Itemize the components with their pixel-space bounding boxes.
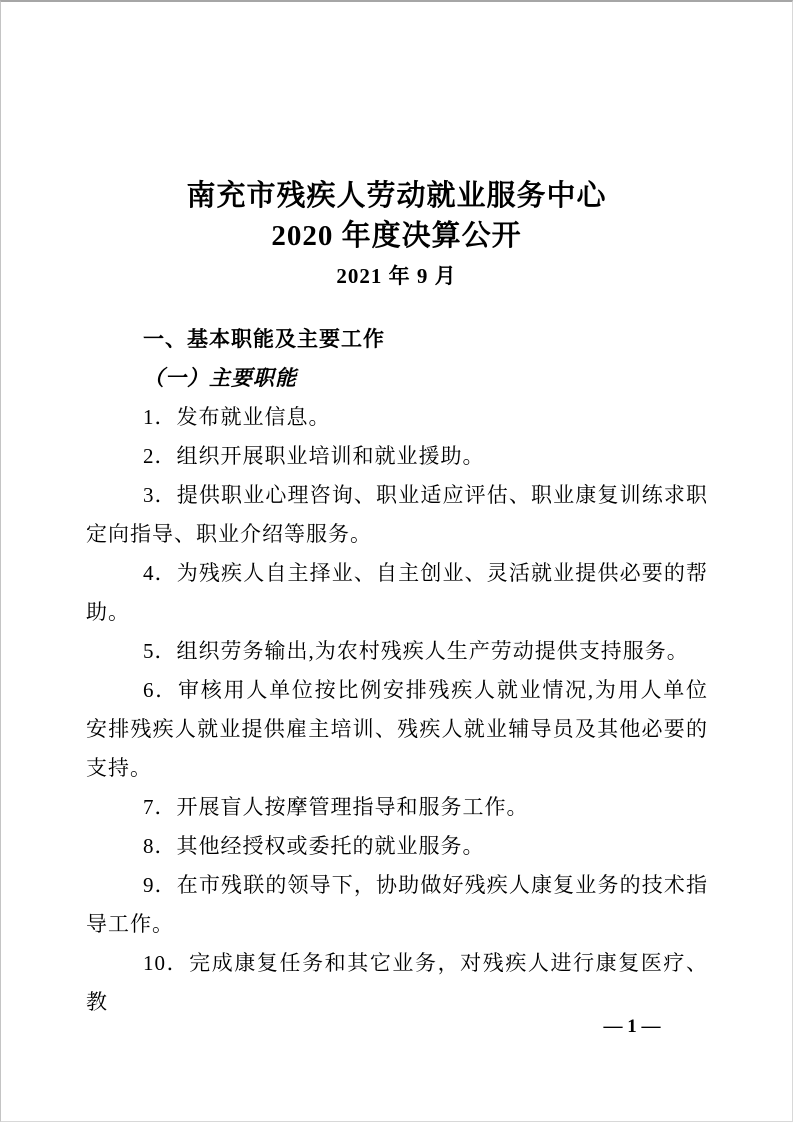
body-paragraph: 2．组织开展职业培训和就业援助。 [86,437,708,476]
document-title-line2: 2020 年度决算公开 [1,216,792,256]
body-paragraph: 5．组织劳务输出,为农村残疾人生产劳动提供支持服务。 [86,632,708,671]
body-paragraph: 9．在市残联的领导下，协助做好残疾人康复业务的技术指导工作。 [86,866,708,944]
title-block: 南充市残疾人劳动就业服务中心 2020 年度决算公开 2021 年 9 月 [1,176,792,293]
document-title-line1: 南充市残疾人劳动就业服务中心 [1,176,792,216]
body-paragraph: 3．提供职业心理咨询、职业适应评估、职业康复训练求职定向指导、职业介绍等服务。 [86,476,708,554]
body-paragraph: 10．完成康复任务和其它业务，对残疾人进行康复医疗、教 [86,944,708,1022]
section-heading: 一、基本职能及主要工作 [86,320,708,359]
document-body: 一、基本职能及主要工作 （一）主要职能 1．发布就业信息。2．组织开展职业培训和… [86,320,708,1022]
body-paragraph: 1．发布就业信息。 [86,398,708,437]
document-page: 南充市残疾人劳动就业服务中心 2020 年度决算公开 2021 年 9 月 一、… [0,0,793,1122]
page-number: — 1 — [599,1016,665,1038]
body-paragraph: 7．开展盲人按摩管理指导和服务工作。 [86,788,708,827]
document-date: 2021 年 9 月 [1,259,792,293]
body-paragraph: 6．审核用人单位按比例安排残疾人就业情况,为用人单位安排残疾人就业提供雇主培训、… [86,671,708,788]
body-paragraph: 4．为残疾人自主择业、自主创业、灵活就业提供必要的帮助。 [86,554,708,632]
body-paragraph: 8．其他经授权或委托的就业服务。 [86,827,708,866]
paragraph-list: 1．发布就业信息。2．组织开展职业培训和就业援助。3．提供职业心理咨询、职业适应… [86,398,708,1022]
subsection-heading: （一）主要职能 [86,359,708,398]
